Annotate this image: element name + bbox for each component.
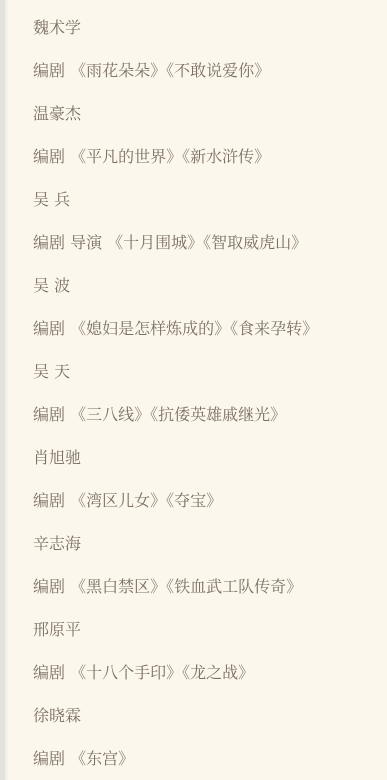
person-name: 魏术学	[33, 6, 387, 49]
person-name: 温豪杰	[33, 92, 387, 135]
person-name: 辛志海	[33, 522, 387, 565]
person-name: 徐晓霖	[33, 694, 387, 737]
person-credits: 编剧 《雨花朵朵》《不敢说爱你》	[33, 49, 387, 92]
person-credits: 编剧 《十八个手印》《龙之战》	[33, 651, 387, 694]
person-credits: 编剧 《三八线》《抗倭英雄戚继光》	[33, 393, 387, 436]
person-credits: 编剧 《平凡的世界》《新水浒传》	[33, 135, 387, 178]
person-name: 吴 波	[33, 264, 387, 307]
credits-list: 魏术学编剧 《雨花朵朵》《不敢说爱你》温豪杰编剧 《平凡的世界》《新水浒传》吴 …	[0, 0, 387, 780]
person-name: 邢原平	[33, 608, 387, 651]
person-credits: 编剧 导演 《十月围城》《智取威虎山》	[33, 221, 387, 264]
person-name: 肖旭驰	[33, 436, 387, 479]
person-credits: 编剧 《媳妇是怎样炼成的》《食来孕转》	[33, 307, 387, 350]
person-credits: 编剧 《黑白禁区》《铁血武工队传奇》	[33, 565, 387, 608]
person-credits: 编剧 《东宫》	[33, 737, 387, 780]
person-name: 吴 天	[33, 350, 387, 393]
credits-page: 魏术学编剧 《雨花朵朵》《不敢说爱你》温豪杰编剧 《平凡的世界》《新水浒传》吴 …	[0, 0, 387, 780]
person-credits: 编剧 《湾区儿女》《夺宝》	[33, 479, 387, 522]
person-name: 吴 兵	[33, 178, 387, 221]
